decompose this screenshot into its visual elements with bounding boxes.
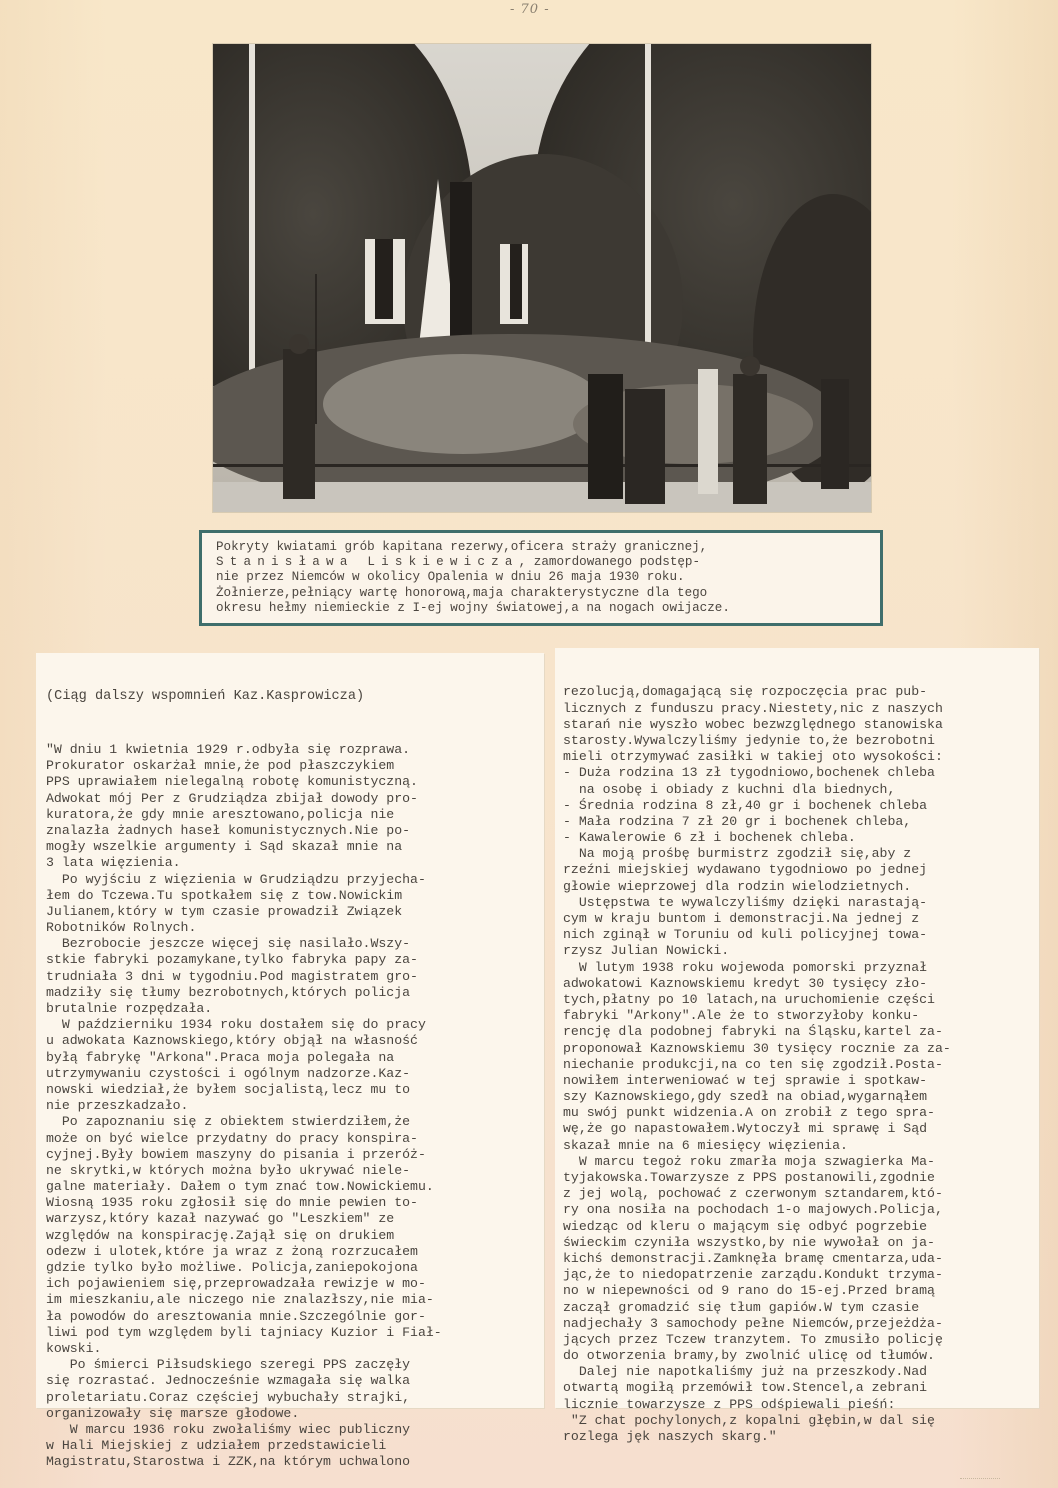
text-line: kichś demonstracji.Zamknęła bramę cmenta… bbox=[563, 1251, 1039, 1267]
text-line: może on być wielce przydatny do pracy ko… bbox=[46, 1131, 544, 1147]
text-line: wę,że go napastowałem.Wytoczył mi sprawę… bbox=[563, 1121, 1039, 1137]
text-line: tyjakowska.Towarzysze z PPS postanowili,… bbox=[563, 1170, 1039, 1186]
text-line: nadjechały 3 samochody pełne Niemców,prz… bbox=[563, 1316, 1039, 1332]
text-line: łem do Tczewa.Tu spotkałem się z tow.Now… bbox=[46, 888, 544, 904]
text-line: nowiłem interweniować w tej sprawie i sp… bbox=[563, 1073, 1039, 1089]
text-line: warzysz,który kazał nazywać go "Leszkiem… bbox=[46, 1211, 544, 1227]
text-line: z jej wolą, pochować z czerwonym sztanda… bbox=[563, 1186, 1039, 1202]
text-line: cym w kraju buntom i demonstracji.Na jed… bbox=[563, 911, 1039, 927]
text-line: u adwokata Kaznowskiego,który objął na w… bbox=[46, 1033, 544, 1049]
text-line: Po wyjściu z więzienia w Grudziądzu przy… bbox=[46, 872, 544, 888]
text-line: cyjnej.Były bowiem maszyny do pisania i … bbox=[46, 1147, 544, 1163]
page-edge-mark bbox=[960, 1478, 1000, 1485]
text-line: licznych z funduszu pracy.Niestety,nic z… bbox=[563, 701, 1039, 717]
text-line: fabryki "Arkony".Ale że to stworzyłoby k… bbox=[563, 1008, 1039, 1024]
text-line: gdzie tylko było możliwe. Policja,zaniep… bbox=[46, 1260, 544, 1276]
text-line: Wiosną 1935 roku zgłosił się do mnie pew… bbox=[46, 1195, 544, 1211]
text-line: w Hali Miejskiej z udziałem przedstawici… bbox=[46, 1438, 544, 1454]
text-line: ne skrytki,w których można było ukrywać … bbox=[46, 1163, 544, 1179]
text-line: trudniała 3 dni w tygodniu.Pod magistrat… bbox=[46, 969, 544, 985]
text-line: się rozrastać. Jednocześnie wzmagała się… bbox=[46, 1373, 544, 1389]
text-line: Na moją prośbę burmistrz zgodził się,aby… bbox=[563, 846, 1039, 862]
text-line: - Średnia rodzina 8 zł,40 gr i bochenek … bbox=[563, 798, 1039, 814]
text-line: skazał mnie na 6 miesięcy więzienia. bbox=[563, 1138, 1039, 1154]
text-line: im mieszkaniu,ale niczego nie znalazłszy… bbox=[46, 1292, 544, 1308]
left-column-lines: "W dniu 1 kwietnia 1929 r.odbyła się roz… bbox=[46, 742, 544, 1470]
text-line: madziły się tłumy bezrobotnych,których p… bbox=[46, 985, 544, 1001]
right-text-column: rezolucją,domagającą się rozpoczęcia pra… bbox=[555, 648, 1039, 1408]
text-line: Julianem,który w tym czasie prowadził Zw… bbox=[46, 904, 544, 920]
text-line: Dalej nie napotkaliśmy już na przeszkody… bbox=[563, 1364, 1039, 1380]
text-line: W marcu 1936 roku zwołaliśmy wiec public… bbox=[46, 1422, 544, 1438]
text-line: wiedząc od kleru o mającym się odbyć pog… bbox=[563, 1219, 1039, 1235]
text-line: byłą fabrykę "Arkona".Praca moja polegał… bbox=[46, 1050, 544, 1066]
text-line: organizowały się marsze głodowe. bbox=[46, 1406, 544, 1422]
text-line: Magistratu,Starostwa i ZZK,na którym uch… bbox=[46, 1454, 544, 1470]
text-line: starań nie wyszło wobec bezwzględnego st… bbox=[563, 717, 1039, 733]
photo-image-icon bbox=[213, 44, 871, 512]
text-line: kowski. bbox=[46, 1341, 544, 1357]
text-line: "Z chat pochylonych,z kopalni głębin,w d… bbox=[563, 1413, 1039, 1429]
text-line: proponował Kaznowskiemu 30 tysięcy roczn… bbox=[563, 1041, 1039, 1057]
text-line: głowie wieprzowej dla rodzin wielodzietn… bbox=[563, 879, 1039, 895]
page-number: - 70 - bbox=[510, 2, 550, 17]
text-line: rencję dla podobnej fabryki na Śląsku,ka… bbox=[563, 1024, 1039, 1040]
text-line: Bezrobocie jeszcze więcej się nasilało.W… bbox=[46, 936, 544, 952]
text-line: rezolucją,domagającą się rozpoczęcia pra… bbox=[563, 684, 1039, 700]
memorial-photograph bbox=[213, 44, 871, 512]
caption-line-3: nie przez Niemców w okolicy Opalenia w d… bbox=[216, 570, 685, 584]
text-line: Ustępstwa te wywalczyliśmy dzięki narast… bbox=[563, 895, 1039, 911]
text-line: zaczął gromadzić się tłum gapiów.W tym c… bbox=[563, 1300, 1039, 1316]
text-line: rzysz Julian Nowicki. bbox=[563, 943, 1039, 959]
text-line: - Mała rodzina 7 zł 20 gr i bochenek chl… bbox=[563, 814, 1039, 830]
text-line: PPS uprawiałem nielegalną robotę komunis… bbox=[46, 774, 544, 790]
caption-name: Stanisława Liskiewicza bbox=[216, 555, 519, 569]
text-line: nich zginął w Toruniu od kuli policyjnej… bbox=[563, 927, 1039, 943]
text-line: znalazła żadnych haseł komunistycznych.N… bbox=[46, 823, 544, 839]
text-line: W marcu tegoż roku zmarła moja szwagierk… bbox=[563, 1154, 1039, 1170]
text-line: kuratora,że gdy mnie aresztowano,policja… bbox=[46, 807, 544, 823]
text-line: tych,płatny po 10 latach,na uruchomienie… bbox=[563, 992, 1039, 1008]
text-line: no w niepewności od 9 rano do 15-ej.Prze… bbox=[563, 1283, 1039, 1299]
text-line: jąc,że to niedopatrzenie zarządu.Kondukt… bbox=[563, 1267, 1039, 1283]
caption-line-1: Pokryty kwiatami grób kapitana rezerwy,o… bbox=[216, 540, 707, 554]
text-line: W lutym 1938 roku wojewoda pomorski przy… bbox=[563, 960, 1039, 976]
text-line: - Kawalerowie 6 zł i bochenek chleba. bbox=[563, 830, 1039, 846]
text-line: stkie fabryki pozamykane,tylko fabryka p… bbox=[46, 952, 544, 968]
text-line: mieli otrzymywać zasiłki w takiej oto wy… bbox=[563, 749, 1039, 765]
text-line: proletariatu.Coraz częściej wybuchały st… bbox=[46, 1390, 544, 1406]
caption-line-2-rest: , zamordowanego podstęp- bbox=[519, 555, 700, 569]
column-heading: (Ciąg dalszy wspomnień Kaz.Kasprowicza) bbox=[46, 689, 544, 705]
text-line: względów na konspirację.Zajął się on dru… bbox=[46, 1228, 544, 1244]
photo-caption: Pokryty kwiatami grób kapitana rezerwy,o… bbox=[199, 530, 883, 626]
text-line: mogły wszelkie argumenty i Sąd skazał mn… bbox=[46, 839, 544, 855]
text-line: ry ona nosiła na pochodach 1-o majowych.… bbox=[563, 1202, 1039, 1218]
text-line: świeckim czyniła wszystko,by nie wywołał… bbox=[563, 1235, 1039, 1251]
text-line: 3 lata więzienia. bbox=[46, 855, 544, 871]
text-line: utrzymywaniu czystości i ogólnym nadzorz… bbox=[46, 1066, 544, 1082]
text-line: do otworzenia bramy,by zwolnić ulicę od … bbox=[563, 1348, 1039, 1364]
text-line: mu swój punkt widzenia.A on zrobił z teg… bbox=[563, 1105, 1039, 1121]
text-line: "W dniu 1 kwietnia 1929 r.odbyła się roz… bbox=[46, 742, 544, 758]
left-text-column: (Ciąg dalszy wspomnień Kaz.Kasprowicza) … bbox=[36, 653, 544, 1408]
text-line: jących przez Tczew tranzytem. To zmusiło… bbox=[563, 1332, 1039, 1348]
text-line: Po śmierci Piłsudskiego szeregi PPS zacz… bbox=[46, 1357, 544, 1373]
text-line: liwi pod tym względem byli tajniacy Kuzi… bbox=[46, 1325, 544, 1341]
text-line: na osobę i obiady z kuchni dla biednych, bbox=[563, 782, 1039, 798]
text-line: otwartą mogiłą przemówił tow.Stencel,a z… bbox=[563, 1380, 1039, 1396]
text-line: - Duża rodzina 13 zł tygodniowo,bochenek… bbox=[563, 765, 1039, 781]
text-line: rozlega jęk naszych skarg." bbox=[563, 1429, 1039, 1445]
text-line: szy Kaznowskiego,gdy szedł na obiad,wyga… bbox=[563, 1089, 1039, 1105]
right-column-lines: rezolucją,domagającą się rozpoczęcia pra… bbox=[563, 684, 1039, 1445]
text-line: brutalnie rozpędzała. bbox=[46, 1001, 544, 1017]
text-line: nie przeszkadzało. bbox=[46, 1098, 544, 1114]
text-line: ła powodów do aresztowania mnie.Szczegól… bbox=[46, 1309, 544, 1325]
text-line: Prokurator oskarżał mnie,że pod płaszczy… bbox=[46, 758, 544, 774]
text-line: adwokatowi Kaznowskiemu kredyt 30 tysięc… bbox=[563, 976, 1039, 992]
text-line: galne materiały. Dałem o tym znać tow.No… bbox=[46, 1179, 544, 1195]
text-line: Adwokat mój Per z Grudziądza zbijał dowo… bbox=[46, 791, 544, 807]
text-line: odezw i ulotek,które ja wraz z żoną rozr… bbox=[46, 1244, 544, 1260]
text-line: starosty.Wywalczyliśmy jedynie to,że bez… bbox=[563, 733, 1039, 749]
text-line: Robotników Rolnych. bbox=[46, 920, 544, 936]
text-line: niechanie produkcji,na co ten się zgodzi… bbox=[563, 1057, 1039, 1073]
text-line: W październiku 1934 roku dostałem się do… bbox=[46, 1017, 544, 1033]
text-line: nowski wiedział,że byłem socjalistą,lecz… bbox=[46, 1082, 544, 1098]
caption-line-5: okresu hełmy niemieckie z I-ej wojny świ… bbox=[216, 601, 730, 615]
text-line: licznie towarzysze z PPS odśpiewali pieś… bbox=[563, 1397, 1039, 1413]
text-line: ich pojawieniem się,przeprowadzała rewiz… bbox=[46, 1276, 544, 1292]
caption-line-4: Żołnierze,pełniący wartę honorową,maja c… bbox=[216, 586, 707, 600]
text-line: rzeźni miejskiej wydawano tygodniowo po … bbox=[563, 862, 1039, 878]
text-line: Po zapoznaniu się z obiektem stwierdziłe… bbox=[46, 1114, 544, 1130]
